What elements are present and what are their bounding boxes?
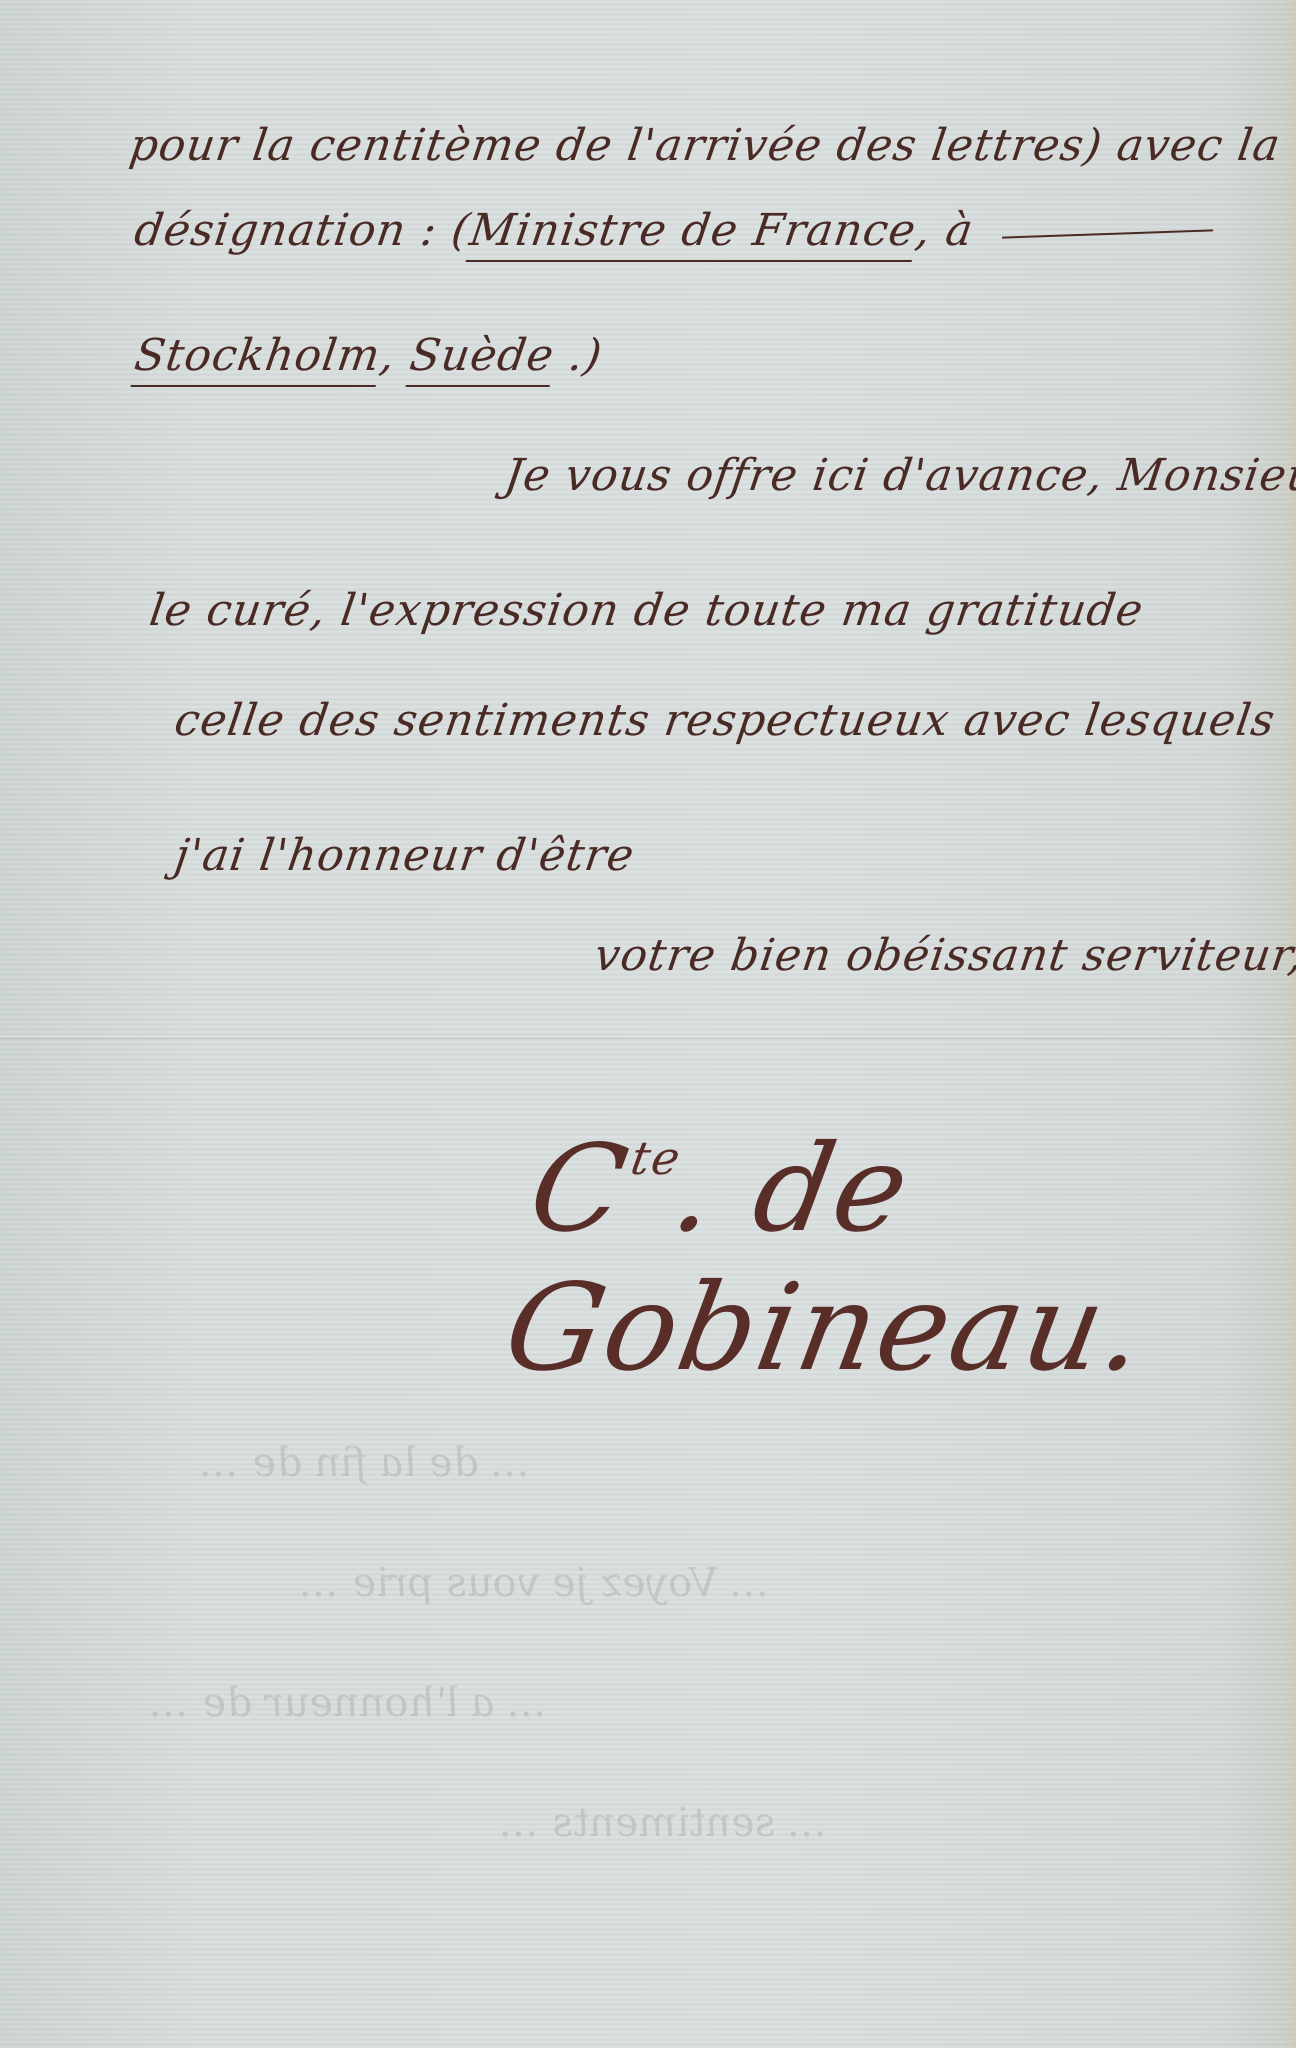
underlined-stockholm: Stockholm xyxy=(131,330,384,387)
line-2-suffix: , à xyxy=(912,205,976,256)
bleed-through-text: … sentiments … xyxy=(497,1800,832,1846)
letter-page: … de la fin de … … Voyez je vous prie … … xyxy=(0,0,1296,2048)
paper-fold-line xyxy=(0,1036,1296,1039)
line-3-suffix: .) xyxy=(550,330,605,381)
letter-line-1: pour la centitème de l'arrivée des lettr… xyxy=(126,120,1283,171)
bleed-through-text: … Voyez je vous prie … xyxy=(297,1560,774,1606)
letter-line-4: Je vous offre ici d'avance, Monsieur xyxy=(501,450,1296,501)
underlined-ministre-de-france: Ministre de France xyxy=(466,205,920,262)
underlined-suede: Suède xyxy=(406,330,558,387)
signature: Cte. de Gobineau. xyxy=(495,1120,1296,1398)
paper-edge xyxy=(1282,0,1296,2048)
line-2-prefix: désignation : ( xyxy=(131,205,473,256)
signature-initial: C xyxy=(520,1120,638,1259)
bleed-through-text: … a l'honneur de … xyxy=(147,1680,551,1726)
letter-line-6: celle des sentiments respectueux avec le… xyxy=(171,695,1278,746)
dash-stroke xyxy=(1002,229,1213,238)
letter-line-8: votre bien obéissant serviteur, xyxy=(591,930,1296,981)
bleed-through-text: … de la fin de … xyxy=(197,1440,535,1486)
letter-line-5: le curé, l'expression de toute ma gratit… xyxy=(146,585,1146,636)
letter-line-2: désignation : (Ministre de France, à xyxy=(131,205,1216,256)
letter-line-3: Stockholm, Suède .) xyxy=(131,330,605,381)
letter-line-7: j'ai l'honneur d'être xyxy=(171,830,637,881)
